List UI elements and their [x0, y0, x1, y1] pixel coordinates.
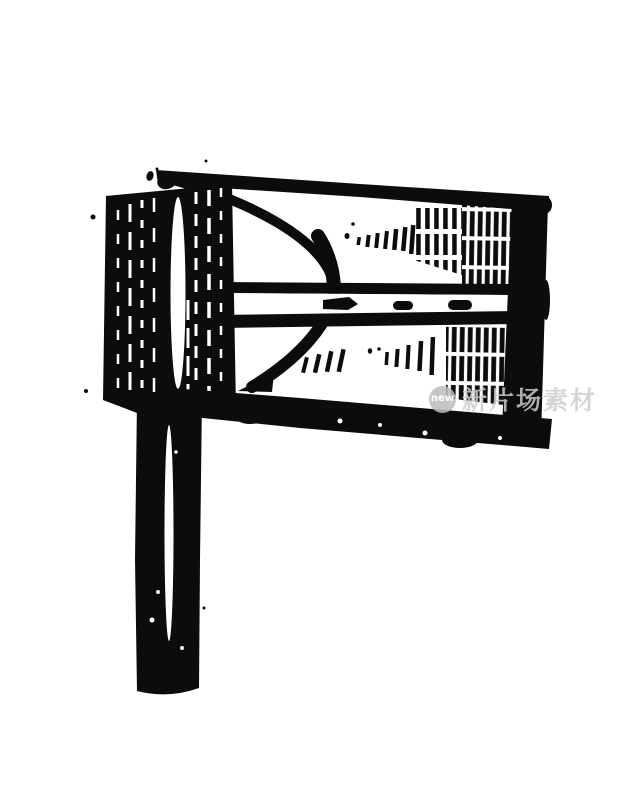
head-block-highlight [171, 197, 186, 389]
head-block [103, 184, 236, 416]
axle-bar [218, 282, 516, 328]
handle-highlight [165, 425, 174, 641]
engraving-page: new 新片场素材 [0, 0, 617, 800]
handle [135, 397, 202, 694]
ratchet-engraving-illustration [0, 0, 617, 800]
